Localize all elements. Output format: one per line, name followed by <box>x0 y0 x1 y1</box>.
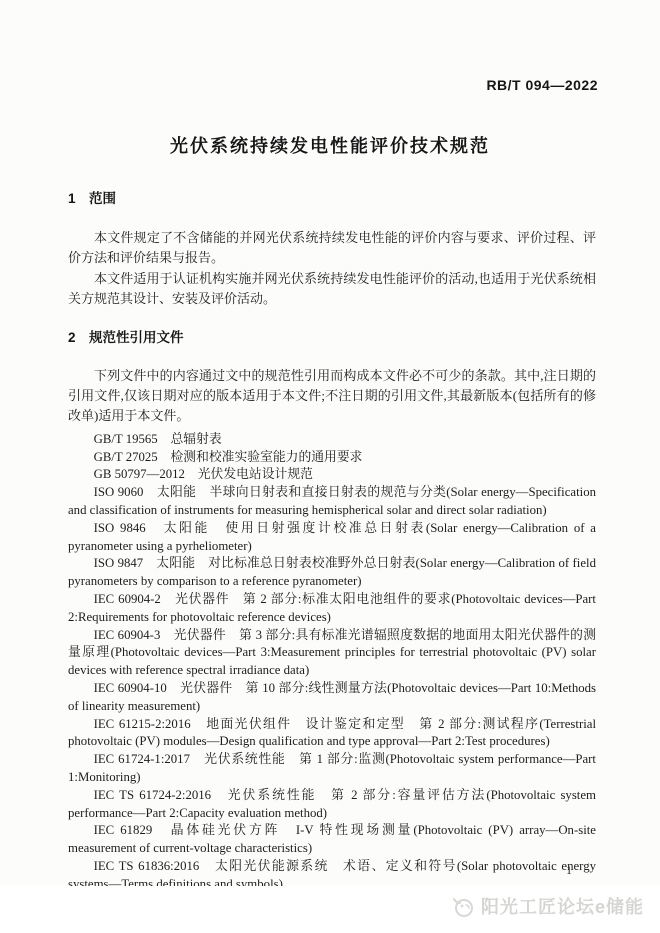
watermark-logo-icon <box>450 893 476 919</box>
reference-item: ISO 9846 太阳能 使用日射强度计校准总日射表(Solar energy—… <box>68 520 596 556</box>
reference-list: GB/T 19565 总辐射表 GB/T 27025 检测和校准实验室能力的通用… <box>68 431 596 894</box>
reference-item: IEC 60904-3 光伏器件 第 3 部分:具有标准光谱辐照度数据的地面用太… <box>68 627 596 680</box>
reference-item: IEC 60904-2 光伏器件 第 2 部分:标准太阳电池组件的要求(Phot… <box>68 591 596 627</box>
section-2-heading: 2 规范性引用文件 <box>68 326 596 346</box>
page-title: 光伏系统持续发电性能评价技术规范 <box>0 132 660 158</box>
reference-item: ISO 9060 太阳能 半球向日射表和直接日射表的规范与分类(Solar en… <box>68 484 596 520</box>
reference-item: IEC TS 61724-2:2016 光伏系统性能 第 2 部分:容量评估方法… <box>68 787 596 823</box>
watermark-band: 阳光工匠论坛e储能 <box>0 886 660 933</box>
reference-item: GB/T 19565 总辐射表 <box>68 431 596 449</box>
section-2-paragraph: 下列文件中的内容通过文中的规范性引用而构成本文件必不可少的条款。其中,注日期的引… <box>68 366 596 427</box>
reference-item: IEC 61724-1:2017 光伏系统性能 第 1 部分:监测(Photov… <box>68 751 596 787</box>
page-number: 1 <box>566 863 572 878</box>
reference-item: IEC 60904-10 光伏器件 第 10 部分:线性测量方法(Photovo… <box>68 680 596 716</box>
watermark-text: 阳光工匠论坛e储能 <box>481 893 644 919</box>
reference-item: GB/T 27025 检测和校准实验室能力的通用要求 <box>68 449 596 467</box>
page-content: 1 范围 本文件规定了不含储能的并网光伏系统持续发电性能的评价内容与要求、评价过… <box>68 187 596 894</box>
section-1-paragraph: 本文件规定了不含储能的并网光伏系统持续发电性能的评价内容与要求、评价过程、评价方… <box>68 228 596 269</box>
reference-item: GB 50797—2012 光伏发电站设计规范 <box>68 466 596 484</box>
watermark: 阳光工匠论坛e储能 <box>450 893 644 919</box>
document-page: RB/T 094—2022 光伏系统持续发电性能评价技术规范 1 范围 本文件规… <box>0 0 660 933</box>
reference-item: IEC 61215-2:2016 地面光伏组件 设计鉴定和定型 第 2 部分:测… <box>68 716 596 752</box>
standard-code: RB/T 094—2022 <box>486 77 598 93</box>
reference-item: ISO 9847 太阳能 对比标准总日射表校准野外总日射表(Solar ener… <box>68 555 596 591</box>
reference-item: IEC 61829 晶体硅光伏方阵 I-V 特性现场测量(Photovoltai… <box>68 822 596 858</box>
section-1-paragraph: 本文件适用于认证机构实施并网光伏系统持续发电性能评价的活动,也适用于光伏系统相关… <box>68 269 596 310</box>
section-1-heading: 1 范围 <box>68 187 596 207</box>
